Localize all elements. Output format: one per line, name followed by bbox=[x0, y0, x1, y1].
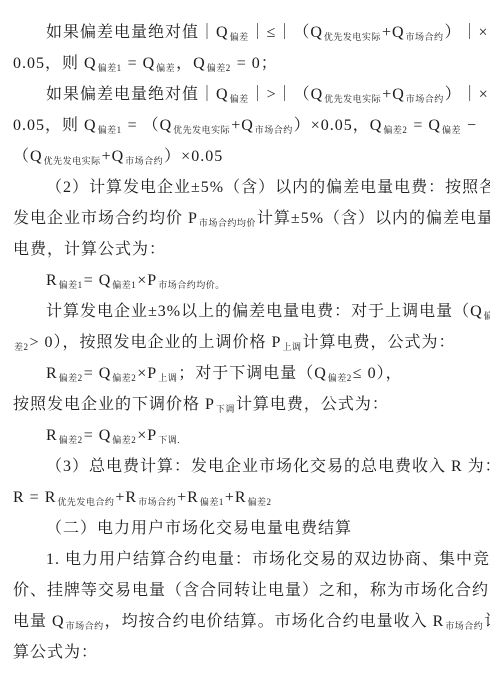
subscript-run: 优先发电实际 bbox=[173, 125, 230, 135]
text-run: 0.05，则 Q bbox=[13, 55, 97, 72]
text-run: R bbox=[46, 365, 58, 382]
text-run: +Q bbox=[231, 117, 254, 134]
subscript-run: 市场合约 bbox=[406, 32, 444, 42]
text-run: 如果偏差电量绝对值｜Q bbox=[46, 24, 229, 41]
text-run: ｜>｜（Q bbox=[250, 86, 324, 103]
text-run: R = R bbox=[13, 489, 56, 506]
text-run: = Q bbox=[84, 365, 112, 382]
text-run: = （Q bbox=[123, 117, 173, 134]
text-line-17: （二）电力用户市场化交易电量电费结算 bbox=[13, 513, 479, 544]
text-run: ≤ 0）， bbox=[353, 365, 403, 382]
text-run: 价、挂牌等交易电量（含合同转让电量）之和，称为市场化合约 bbox=[13, 582, 489, 599]
subscript-run: 偏差2 bbox=[248, 497, 272, 507]
text-run: （3）总电费计算：发电企业市场化交易的总电费收入 R 为： bbox=[46, 458, 490, 475]
text-line-1: 如果偏差电量绝对值｜Q偏差｜≤｜（Q优先发电实际+Q市场合约）｜× bbox=[13, 17, 479, 48]
subscript-run: 偏差1 bbox=[98, 63, 122, 73]
text-run: 计算发电企业±3%以上的偏差电量电费：对于上调电量（Q bbox=[46, 303, 483, 320]
subscript-run: 市场合约均价。 bbox=[158, 280, 225, 290]
text-run: +Q bbox=[382, 86, 405, 103]
subscript-run: 下调 bbox=[216, 404, 235, 414]
subscript-run: 市场合约 bbox=[255, 125, 293, 135]
text-run: = Q bbox=[84, 427, 112, 444]
text-run: +Q bbox=[382, 24, 405, 41]
text-line-12: R偏差2= Q偏差2×P上调；对于下调电量（Q偏差2≤ 0）， bbox=[13, 358, 479, 389]
subscript-run: 市场合约均价 bbox=[199, 218, 256, 228]
text-run: 计算±5%（含）以内的偏差电量 bbox=[257, 210, 490, 227]
text-run: ）×0.05，Q bbox=[294, 117, 383, 134]
text-run: ×P bbox=[137, 272, 157, 289]
text-run: = Q bbox=[84, 272, 112, 289]
subscript-run: 优先发电实际 bbox=[324, 94, 381, 104]
subscript-run: 偏差1 bbox=[200, 497, 224, 507]
text-run: +R bbox=[177, 489, 199, 506]
text-line-5: （Q优先发电实际+Q市场合约）×0.05 bbox=[13, 141, 479, 172]
text-line-11: 差2> 0），按照发电企业的上调价格 P上调计算电费，公式为： bbox=[13, 327, 479, 358]
text-run: R bbox=[46, 272, 58, 289]
subscript-run: 偏差 bbox=[156, 63, 175, 73]
text-line-3: 如果偏差电量绝对值｜Q偏差｜>｜（Q优先发电实际+Q市场合约）｜× bbox=[13, 79, 479, 110]
text-run: （二）电力用户市场化交易电量电费结算 bbox=[46, 520, 352, 537]
subscript-run: 偏差2 bbox=[59, 373, 83, 383]
document-page: 如果偏差电量绝对值｜Q偏差｜≤｜（Q优先发电实际+Q市场合约）｜×0.05，则 … bbox=[0, 0, 490, 677]
text-run: 0.05，则 Q bbox=[13, 117, 97, 134]
subscript-run: 市场合约 bbox=[66, 621, 104, 631]
text-run: = Q bbox=[123, 55, 156, 72]
text-run: = Q bbox=[408, 117, 441, 134]
subscript-run: 偏差2 bbox=[207, 63, 231, 73]
text-run: 如果偏差电量绝对值｜Q bbox=[46, 86, 229, 103]
text-line-6: （2）计算发电企业±5%（含）以内的偏差电量电费：按照各 bbox=[13, 172, 479, 203]
text-run: ；对于下调电量（Q bbox=[178, 365, 327, 382]
text-run: − bbox=[462, 117, 477, 134]
text-run: +Q bbox=[102, 148, 125, 165]
subscript-run: 偏差 bbox=[230, 94, 249, 104]
text-run: 算公式为： bbox=[13, 644, 98, 661]
subscript-run: 偏差2 bbox=[328, 373, 352, 383]
text-run: 电量 Q bbox=[13, 613, 65, 630]
text-run: 计算电费，公式为： bbox=[236, 396, 389, 413]
subscript-run: 下调. bbox=[158, 435, 180, 445]
text-run: +R bbox=[115, 489, 137, 506]
text-line-16: R = R优先发电合约+R市场合约+R偏差1+R偏差2 bbox=[13, 482, 479, 513]
subscript-run: 市场合约 bbox=[138, 497, 176, 507]
text-run: ）×0.05 bbox=[164, 148, 223, 165]
subscript-run: 市场合约 bbox=[125, 156, 163, 166]
text-line-8: 电费，计算公式为： bbox=[13, 234, 479, 265]
text-run: ×P bbox=[137, 427, 157, 444]
text-run: 计 bbox=[484, 613, 490, 630]
subscript-run: 偏差1 bbox=[59, 280, 83, 290]
text-run: ，Q bbox=[176, 55, 206, 72]
subscript-run: 偏差2 bbox=[383, 125, 407, 135]
text-line-21: 算公式为： bbox=[13, 637, 479, 668]
text-line-2: 0.05，则 Q偏差1 = Q偏差，Q偏差2 = 0； bbox=[13, 48, 479, 79]
text-run: R bbox=[46, 427, 58, 444]
text-run: 按照发电企业的下调价格 P bbox=[13, 396, 215, 413]
text-run: = 0； bbox=[232, 55, 278, 72]
subscript-run: 上调 bbox=[282, 342, 301, 352]
text-run: ）｜× bbox=[445, 86, 489, 103]
subscript-run: 偏差1 bbox=[98, 125, 122, 135]
text-line-18: 1. 电力用户结算合约电量：市场化交易的双边协商、集中竞 bbox=[13, 544, 479, 575]
text-line-14: R偏差2= Q偏差2×P下调. bbox=[13, 420, 479, 451]
subscript-run: 优先发电合约 bbox=[57, 497, 114, 507]
subscript-run: 上调 bbox=[158, 373, 177, 383]
text-run: 发电企业市场合约均价 P bbox=[13, 210, 198, 227]
text-run: ｜≤｜（Q bbox=[250, 24, 323, 41]
text-run: ）｜× bbox=[445, 24, 489, 41]
subscript-run: 偏差2 bbox=[112, 435, 136, 445]
text-run: 1. 电力用户结算合约电量：市场化交易的双边协商、集中竞 bbox=[46, 551, 490, 568]
subscript-run: 市场合约 bbox=[445, 621, 483, 631]
subscript-run: 优先发电实际 bbox=[44, 156, 101, 166]
subscript-run: 差2 bbox=[14, 342, 29, 352]
text-line-20: 电量 Q市场合约，均按合约电价结算。市场化合约电量收入 R市场合约计 bbox=[13, 606, 479, 637]
subscript-run: 偏差1 bbox=[112, 280, 136, 290]
subscript-run: 优先发电实际 bbox=[324, 32, 381, 42]
text-line-10: 计算发电企业±3%以上的偏差电量电费：对于上调电量（Q偏 bbox=[13, 296, 479, 327]
text-run: 计算电费，公式为： bbox=[302, 334, 455, 351]
text-run: > 0），按照发电企业的上调价格 P bbox=[30, 334, 282, 351]
text-line-13: 按照发电企业的下调价格 P下调计算电费，公式为： bbox=[13, 389, 479, 420]
text-line-19: 价、挂牌等交易电量（含合同转让电量）之和，称为市场化合约 bbox=[13, 575, 479, 606]
subscript-run: 偏差2 bbox=[59, 435, 83, 445]
text-run: +R bbox=[225, 489, 247, 506]
subscript-run: 偏差2 bbox=[112, 373, 136, 383]
text-run: ，均按合约电价结算。市场化合约电量收入 R bbox=[105, 613, 445, 630]
subscript-run: 偏差 bbox=[442, 125, 461, 135]
text-line-4: 0.05，则 Q偏差1 = （Q优先发电实际+Q市场合约）×0.05，Q偏差2 … bbox=[13, 110, 479, 141]
subscript-run: 偏差 bbox=[230, 32, 249, 42]
subscript-run: 偏 bbox=[484, 311, 490, 321]
document-body: 如果偏差电量绝对值｜Q偏差｜≤｜（Q优先发电实际+Q市场合约）｜×0.05，则 … bbox=[13, 17, 479, 668]
text-run: （2）计算发电企业±5%（含）以内的偏差电量电费：按照各 bbox=[46, 179, 490, 196]
text-run: （Q bbox=[13, 148, 43, 165]
text-line-15: （3）总电费计算：发电企业市场化交易的总电费收入 R 为： bbox=[13, 451, 479, 482]
text-line-9: R偏差1= Q偏差1×P市场合约均价。 bbox=[13, 265, 479, 296]
text-run: 电费，计算公式为： bbox=[13, 241, 166, 258]
text-line-7: 发电企业市场合约均价 P市场合约均价计算±5%（含）以内的偏差电量 bbox=[13, 203, 479, 234]
text-run: ×P bbox=[137, 365, 157, 382]
subscript-run: 市场合约 bbox=[406, 94, 444, 104]
